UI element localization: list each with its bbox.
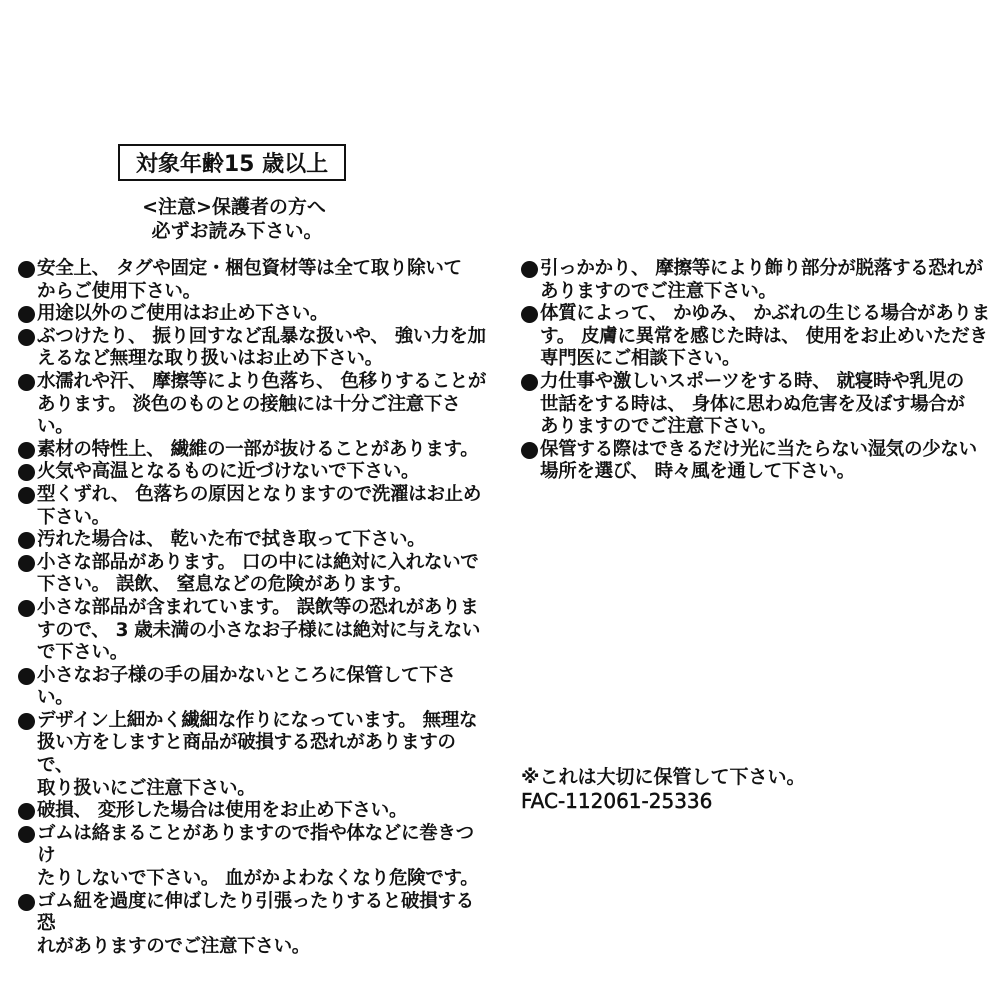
product-code: FAC-112061-25336 (521, 789, 712, 813)
warning-text: 火気や高温となるものに近づけないで下さい。 (37, 461, 419, 482)
warning-text: 汚れた場合は、 乾いた布で拭き取って下さい。 (37, 529, 425, 550)
bullet-icon (18, 374, 35, 391)
caution-header: <注意>保護者の方へ 必ずお読み下さい。 (100, 195, 368, 243)
caution-subtitle: 必ずお読み下さい。 (100, 219, 368, 243)
warning-item: 力仕事や激しいスポーツをする時、 就寝時や乳児の 世話をする時は、 身体に思わぬ… (521, 371, 991, 439)
bullet-icon (18, 713, 35, 730)
warning-text: ゴム紐を過度に伸ばしたり引張ったりすると破損する恐 れがありますのでご注意下さい… (37, 891, 474, 957)
warning-text: 水濡れや汗、 摩擦等により色落ち、 色移りすることが あります。 淡色のものとの… (37, 371, 486, 437)
bullet-icon (18, 668, 35, 685)
warning-item: 破損、 変形した場合は使用をお止め下さい。 (18, 800, 488, 823)
warning-text: 破損、 変形した場合は使用をお止め下さい。 (37, 800, 407, 821)
warning-text: 小さな部品があります。 口の中には絶対に入れないで 下さい。 誤飲、 窒息などの… (37, 552, 478, 596)
warning-item: ゴム紐を過度に伸ばしたり引張ったりすると破損する恐 れがありますのでご注意下さい… (18, 891, 488, 959)
bullet-icon (18, 532, 35, 549)
warning-item: 汚れた場合は、 乾いた布で拭き取って下さい。 (18, 529, 488, 552)
bullet-icon (18, 600, 35, 617)
caution-title: <注意>保護者の方へ (100, 195, 368, 219)
warning-item: 小さなお子様の手の届かないところに保管して下さい。 (18, 665, 488, 710)
warning-text: デザイン上細かく繊細な作りになっています。 無理な 扱い方をしますと商品が破損す… (37, 710, 477, 799)
bullet-icon (18, 261, 35, 278)
bullet-icon (18, 803, 35, 820)
warning-text: 力仕事や激しいスポーツをする時、 就寝時や乳児の 世話をする時は、 身体に思わぬ… (540, 371, 965, 437)
warning-item: ぶつけたり、 振り回すなど乱暴な扱いや、 強い力を加 えるなど無理な取り扱いはお… (18, 326, 488, 371)
bullet-icon (521, 374, 538, 391)
warning-text: 安全上、 タグや固定・梱包資材等は全て取り除いて からご使用下さい。 (37, 258, 462, 302)
warning-item: 引っかかり、 摩擦等により飾り部分が脱落する恐れが ありますのでご注意下さい。 (521, 258, 991, 303)
warning-text: 素材の特性上、 繊維の一部が抜けることがあります。 (37, 439, 478, 460)
bullet-icon (18, 555, 35, 572)
bullet-icon (18, 464, 35, 481)
warning-text: 体質によって、 かゆみ、 かぶれの生じる場合がありま す。 皮膚に異常を感じた時… (540, 303, 990, 369)
warning-item: 素材の特性上、 繊維の一部が抜けることがあります。 (18, 439, 488, 462)
warning-item: 型くずれ、 色落ちの原因となりますので洗濯はお止め 下さい。 (18, 484, 488, 529)
storage-note: ※これは大切に保管して下さい。 (521, 765, 805, 789)
warning-item: 小さな部品が含まれています。 誤飲等の恐れがありま すので、 3 歳未満の小さな… (18, 597, 488, 665)
warning-item: デザイン上細かく繊細な作りになっています。 無理な 扱い方をしますと商品が破損す… (18, 710, 488, 800)
warning-item: 用途以外のご使用はお止め下さい。 (18, 303, 488, 326)
bullet-icon (521, 442, 538, 459)
age-rating-label: 対象年齢15 歳以上 (136, 147, 328, 178)
bullet-icon (18, 894, 35, 911)
warning-item: ゴムは絡まることがありますので指や体などに巻きつけ たりしないで下さい。 血がか… (18, 823, 488, 891)
warning-item: 体質によって、 かゆみ、 かぶれの生じる場合がありま す。 皮膚に異常を感じた時… (521, 303, 991, 371)
warning-text: ぶつけたり、 振り回すなど乱暴な扱いや、 強い力を加 えるなど無理な取り扱いはお… (37, 326, 486, 370)
bullet-icon (18, 487, 35, 504)
bullet-icon (18, 329, 35, 346)
bullet-icon (521, 306, 538, 323)
warning-item: 保管する際はできるだけ光に当たらない湿気の少ない 場所を選び、 時々風を通して下… (521, 439, 991, 484)
bullet-icon (18, 442, 35, 459)
warning-text: ゴムは絡まることがありますので指や体などに巻きつけ たりしないで下さい。 血がか… (37, 823, 478, 889)
warning-text: 保管する際はできるだけ光に当たらない湿気の少ない 場所を選び、 時々風を通して下… (540, 439, 977, 483)
warning-item: 安全上、 タグや固定・梱包資材等は全て取り除いて からご使用下さい。 (18, 258, 488, 303)
right-warning-list: 引っかかり、 摩擦等により飾り部分が脱落する恐れが ありますのでご注意下さい。 … (521, 258, 991, 484)
age-rating-box: 対象年齢15 歳以上 (118, 144, 346, 181)
warning-text: 型くずれ、 色落ちの原因となりますので洗濯はお止め 下さい。 (37, 484, 481, 528)
warning-item: 水濡れや汗、 摩擦等により色落ち、 色移りすることが あります。 淡色のものとの… (18, 371, 488, 439)
bullet-icon (18, 826, 35, 843)
warning-text: 用途以外のご使用はお止め下さい。 (37, 303, 328, 324)
left-warning-list: 安全上、 タグや固定・梱包資材等は全て取り除いて からご使用下さい。 用途以外の… (18, 258, 488, 958)
warning-item: 火気や高温となるものに近づけないで下さい。 (18, 461, 488, 484)
warning-item: 小さな部品があります。 口の中には絶対に入れないで 下さい。 誤飲、 窒息などの… (18, 552, 488, 597)
bullet-icon (521, 261, 538, 278)
warning-text: 引っかかり、 摩擦等により飾り部分が脱落する恐れが ありますのでご注意下さい。 (540, 258, 983, 302)
bullet-icon (18, 306, 35, 323)
warning-text: 小さなお子様の手の届かないところに保管して下さい。 (37, 665, 456, 709)
warning-text: 小さな部品が含まれています。 誤飲等の恐れがありま すので、 3 歳未満の小さな… (37, 597, 480, 663)
